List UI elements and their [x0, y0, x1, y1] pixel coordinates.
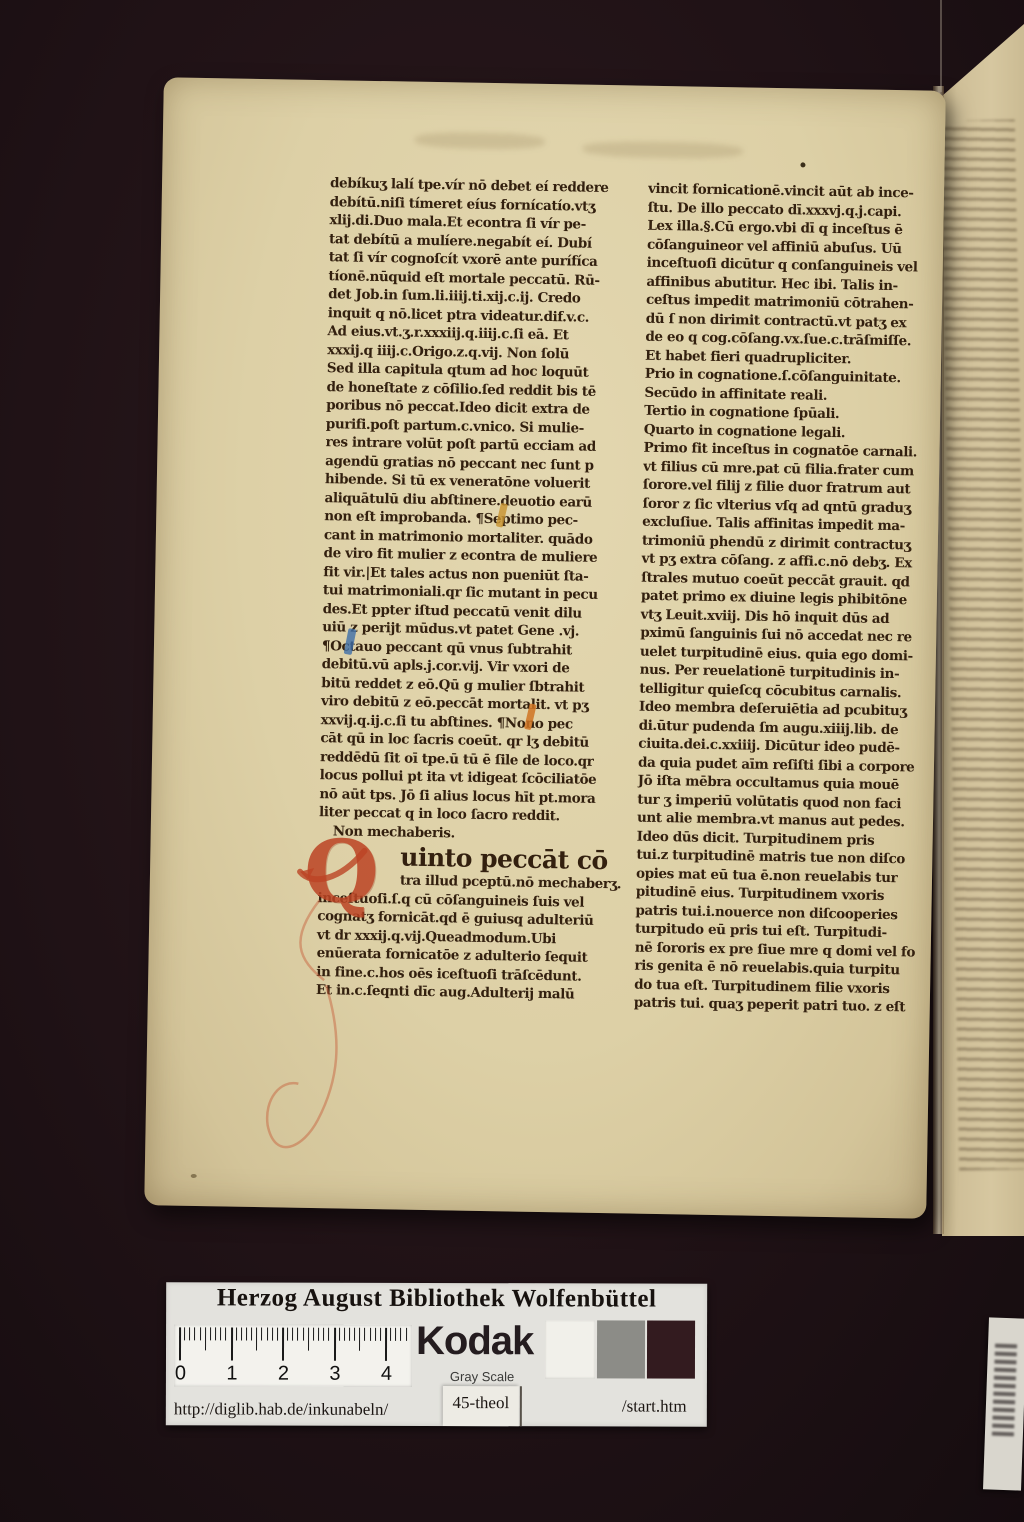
shelfmark-tab: 45-theol	[443, 1386, 519, 1426]
ruler-number: 0	[175, 1362, 227, 1385]
measurement-ruler: 01234	[174, 1324, 412, 1387]
ruler-tick	[256, 1328, 257, 1351]
ruler-tick	[400, 1328, 401, 1341]
ruler-ticks	[174, 1324, 412, 1325]
ink-speck	[191, 1174, 197, 1178]
ruler-tick	[179, 1327, 181, 1360]
ruler-tick	[215, 1327, 216, 1340]
ruler-tick	[251, 1328, 252, 1341]
ruler-tick	[318, 1328, 319, 1341]
text-column-right: vincit fornicationē.vincit aūt ab ince-ſ…	[632, 180, 954, 1125]
ruler-tick	[241, 1327, 242, 1340]
ruler-number: 2	[278, 1363, 330, 1386]
ruler-tick	[308, 1328, 309, 1351]
ruler-tick	[370, 1328, 371, 1341]
ruler-tick	[364, 1328, 365, 1341]
ruler-tick	[246, 1328, 247, 1341]
ruler-tick	[189, 1327, 190, 1340]
gray-scale-patch-gray	[597, 1320, 645, 1378]
institution-name: Herzog August Bibliothek Wolfenbüttel	[166, 1284, 707, 1313]
ruler-tick	[297, 1328, 298, 1341]
ruler-tick	[230, 1327, 232, 1360]
ruler-tick	[380, 1328, 381, 1341]
ruler-tick	[205, 1327, 206, 1350]
ruler-tick	[261, 1328, 262, 1341]
institution-label: Herzog August Bibliothek Wolfenbüttel 01…	[166, 1282, 707, 1426]
ruler-tick	[292, 1328, 293, 1341]
ruler-tick	[354, 1328, 355, 1341]
ruler-tick	[236, 1327, 237, 1340]
ruler-tick	[344, 1328, 345, 1341]
quinto-paragraph: Q uinto peccāt cō tra illud pceptū.nō me…	[316, 841, 639, 1005]
next-leaf-blurred-text	[941, 119, 1024, 1170]
ruler-tick	[225, 1327, 226, 1340]
paragraph-opening-line: uinto peccāt cō	[400, 843, 638, 876]
kodak-brand: Kodak	[416, 1319, 533, 1364]
ruler-tick	[220, 1327, 221, 1340]
ruler-tick	[359, 1328, 360, 1351]
start-page-path: /start.htm	[622, 1396, 687, 1416]
gray-scale-patch-white	[545, 1320, 595, 1378]
ruler-tick	[406, 1328, 407, 1341]
ruler-tick	[277, 1328, 278, 1341]
library-url: http://diglib.hab.de/inkunabeln/	[174, 1399, 388, 1420]
text-line: patris tui. quaʒ peperit patri tuo. z eſ…	[634, 994, 940, 1018]
ruler-tick	[200, 1327, 201, 1340]
ink-speck	[800, 162, 805, 167]
side-barcode-sticker	[983, 1317, 1024, 1490]
tab-divider-line	[520, 1386, 522, 1426]
show-through-smudge	[415, 132, 545, 150]
ruler-tick	[210, 1327, 211, 1340]
ruler-tick	[303, 1328, 304, 1341]
ruler-tick	[375, 1328, 376, 1341]
ruler-tick	[267, 1328, 268, 1341]
gray-scale-patch-black	[647, 1321, 695, 1379]
show-through-smudge	[583, 141, 743, 160]
ruler-tick	[339, 1328, 340, 1341]
ruler-tick	[282, 1328, 284, 1361]
next-leaf-edge	[942, 10, 1024, 1236]
ruler-tick	[323, 1328, 324, 1341]
incunabulum-page: debíkuʒ lalí tpe.vír nō debet eí reddere…	[144, 77, 946, 1218]
red-lombard-initial: Q	[303, 829, 379, 916]
text-column-left: debíkuʒ lalí tpe.vír nō debet eí reddere…	[314, 174, 650, 1119]
gray-scale-caption: Gray Scale	[450, 1369, 514, 1384]
ruler-number: 1	[226, 1362, 278, 1385]
ruler-tick	[390, 1328, 391, 1341]
ruler-tick	[287, 1328, 288, 1341]
ruler-tick	[349, 1328, 350, 1341]
ruler-tick	[194, 1327, 195, 1340]
ruler-number: 4	[381, 1363, 433, 1386]
sticker-blurred-text	[992, 1344, 1017, 1437]
ruler-number: 3	[329, 1363, 381, 1386]
ruler-tick	[385, 1328, 387, 1361]
ruler-tick	[184, 1327, 185, 1340]
ruler-tick	[272, 1328, 273, 1341]
ruler-tick	[313, 1328, 314, 1341]
ruler-tick	[333, 1328, 335, 1361]
glass-edge-line	[940, 0, 942, 92]
ruler-tick	[328, 1328, 329, 1341]
ruler-tick	[395, 1328, 396, 1341]
